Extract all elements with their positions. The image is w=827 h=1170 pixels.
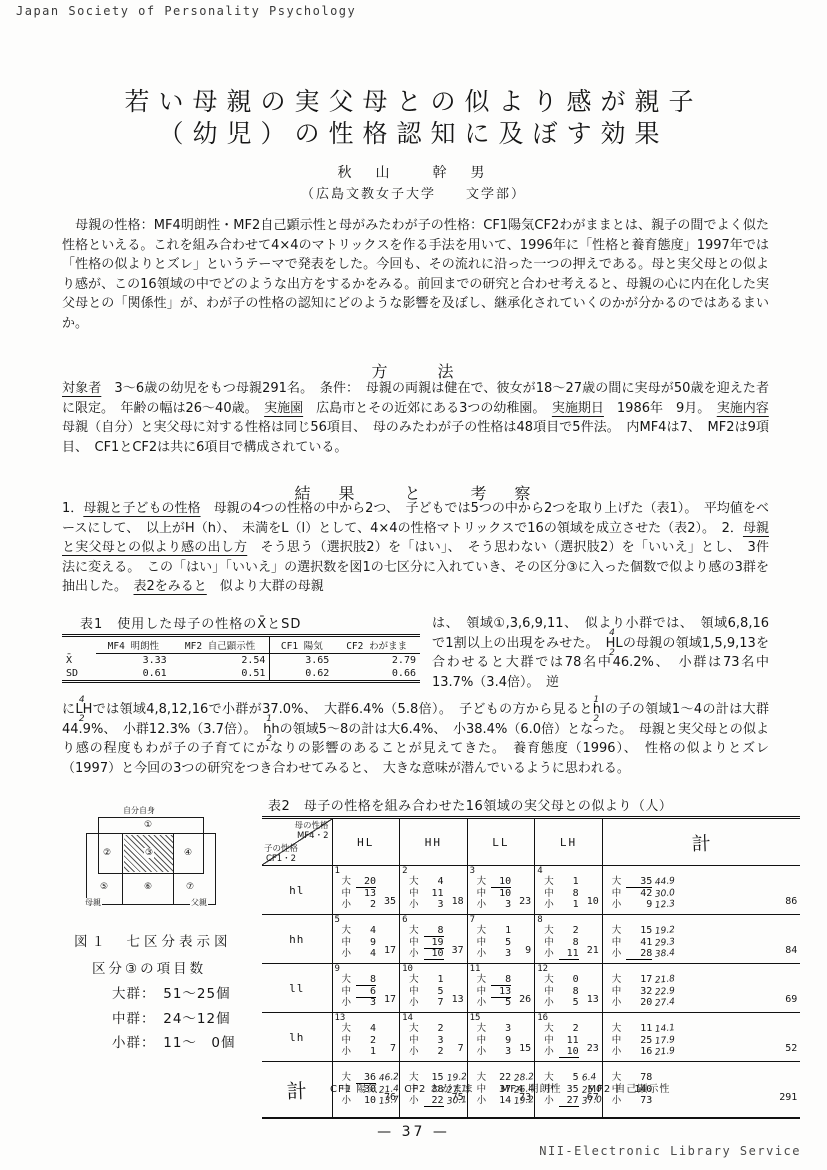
cell-total: 37 <box>452 945 464 956</box>
figure1-legend-row: 小群： 11～ 0個 <box>112 1031 236 1051</box>
table2-cell: 14大2中3小27 <box>400 1013 468 1062</box>
count-line: 中4230.0 <box>612 885 801 897</box>
figure1-label-mother: 母親 <box>84 898 102 907</box>
table2-col-header-LL: LL <box>467 818 535 866</box>
group-size-label: 小 <box>409 1095 419 1106</box>
region-number: 8 <box>537 915 542 925</box>
table2-cell: 4大1中8小110 <box>535 866 603 915</box>
region-number: 14 <box>402 1013 413 1023</box>
group-size-label: 小 <box>612 948 622 959</box>
table2-cell: 15大3中9小315 <box>467 1013 535 1062</box>
count-line: 中13 <box>477 983 535 995</box>
count-value: 1 <box>356 1046 376 1057</box>
table2-corner-cell: 母の性格MF4・2 子の性格CF1・2 <box>262 818 332 866</box>
text-run: 1986年 9月。 <box>604 401 717 416</box>
author-name: 秋 山 幹 男 <box>0 162 827 182</box>
table2-cell: 8大2中8小1121 <box>535 915 603 964</box>
count-line: 中8 <box>544 934 602 946</box>
underlined-phrase: 実施園 <box>264 401 303 416</box>
cell-total: 17 <box>384 945 396 956</box>
count-value: 73 <box>626 1095 652 1106</box>
table1-value: 0.51 <box>171 667 270 682</box>
figure1-legend-row: 中群： 24～12個 <box>112 1007 236 1027</box>
table1-value: 0.62 <box>270 667 333 682</box>
scan-header-text: Japan Society of Personality Psychology <box>16 4 356 18</box>
table1-value: 0.61 <box>96 667 171 682</box>
count-line: 大1 <box>544 873 602 885</box>
table2-cell: 大3544.9中4230.0小912.386 <box>602 866 800 915</box>
cell-total: 7 <box>390 1043 396 1054</box>
group-size-label: 小 <box>342 997 352 1008</box>
cell-total: 18 <box>452 896 464 907</box>
cell-total: 21 <box>587 945 599 956</box>
figure1: 自分自身 母親 父親 ① ② ③ ④ ⑤ ⑥ ⑦ 図１ 七区分表示図 区分③の項… <box>62 810 262 910</box>
table1: MF4 明朗性MF2 自己顕示性CF1 陽気CF2 わがまま X̄3.332.5… <box>62 634 420 683</box>
table2-row-label: lh <box>262 1013 332 1062</box>
count-line: 大3544.9 <box>612 873 801 885</box>
table2-cell: 5大4中9小417 <box>332 915 400 964</box>
region-number: 7 <box>470 915 475 925</box>
cell-total: 13 <box>587 994 599 1005</box>
count-line: 中11 <box>544 1032 602 1044</box>
handwritten-percent: 12.3 <box>655 899 676 912</box>
handwritten-percent: 19.2 <box>655 925 676 938</box>
count-line: 中2517.9 <box>612 1032 801 1044</box>
table2-row-label: ll <box>262 964 332 1013</box>
handwritten-percent: 21.8 <box>655 974 676 987</box>
count-value: 22 <box>424 1095 444 1107</box>
table1-caption: 表1 使用した母子の性格のX̄とSD <box>80 613 301 632</box>
count-value: 28 <box>626 948 652 960</box>
count-line: 小2027.4 <box>612 994 801 1006</box>
region-number: 13 <box>335 1013 346 1023</box>
group-size-label: 小 <box>409 1046 419 1057</box>
notation-with-overmark: HL <box>606 634 623 654</box>
count-line: 小912.3 <box>612 896 801 908</box>
table2-cell: 12大0中8小513 <box>535 964 603 1013</box>
count-line: 中4129.3 <box>612 934 801 946</box>
table1-value: 0.66 <box>333 667 420 682</box>
count-value: 16 <box>626 1046 652 1057</box>
group-size-label: 小 <box>409 997 419 1008</box>
table2-col-header-HL: HL <box>332 818 400 866</box>
count-line: 大3 <box>477 1020 535 1032</box>
table1-header-row: MF4 明朗性MF2 自己顕示性CF1 陽気CF2 わがまま <box>62 636 420 654</box>
figure1-venn-diagram: 自分自身 母親 父親 ① ② ③ ④ ⑤ ⑥ ⑦ <box>86 810 218 910</box>
count-value: 3 <box>356 997 376 1008</box>
figure1-region-7: ⑦ <box>186 882 194 892</box>
count-value: 9 <box>626 899 652 910</box>
table1-col-header: CF2 わがまま <box>333 636 420 654</box>
count-line: 中2 <box>342 1032 400 1044</box>
group-size-label: 小 <box>612 997 622 1008</box>
count-line: 大4 <box>409 873 467 885</box>
abstract-paragraph: 母親の性格：MF4明朗性・MF2自己顕示性と母がみたわが子の性格：CF1陽気CF… <box>62 216 769 334</box>
underlined-phrase: 表2をみると <box>134 579 207 594</box>
count-line: 大1114.1 <box>612 1020 801 1032</box>
results-paragraph-2: は、 領域①,3,6,9,11、 似より小群では、 領域6,8,16で1割以上の… <box>432 614 769 692</box>
region-number: 1 <box>335 866 340 876</box>
notation-with-overmark: LH <box>75 700 92 720</box>
group-size-label: 小 <box>477 1095 487 1106</box>
table1-row-label: X̄ <box>62 654 96 668</box>
table2-row: hl1大20中13小2352大4中11小3183大10中10小3234大1中8小… <box>262 866 800 915</box>
table2-cell: 9大8中6小317 <box>332 964 400 1013</box>
table2-row: lh13大4中2小1714大2中3小2715大3中9小31516大2中11小10… <box>262 1013 800 1062</box>
cell-total: 7 <box>458 1043 464 1054</box>
page-number: — 37 — <box>0 1124 827 1140</box>
count-line: 中10 <box>477 885 535 897</box>
figure1-region-2: ② <box>103 848 111 858</box>
group-size-label: 小 <box>612 899 622 910</box>
group-size-label: 小 <box>477 1046 487 1057</box>
count-line: 大78 <box>612 1069 801 1081</box>
table1-value: 3.65 <box>270 654 333 668</box>
count-line: 大8 <box>342 971 400 983</box>
table2-corner-child: 子の性格CF1・2 <box>264 844 298 864</box>
count-line: 中8 <box>544 983 602 995</box>
method-paragraph: 対象者 3～6歳の幼児をもつ母親291名。 条件： 母親の両親は健在で、彼女が1… <box>62 379 769 457</box>
figure1-label-self: 自分自身 <box>122 806 156 815</box>
table2-col-header-total: 計 <box>601 814 801 869</box>
count-line: 中6 <box>342 983 400 995</box>
cell-total: 9 <box>525 945 531 956</box>
region-number: 16 <box>537 1013 548 1023</box>
group-size-label: 小 <box>544 1095 554 1106</box>
text-run: 似より大群の母親 <box>207 579 324 594</box>
figure1-legend-row: 大群： 51～25個 <box>112 982 236 1002</box>
region-number: 4 <box>537 866 542 876</box>
table1-row: X̄3.332.543.652.79 <box>62 654 420 668</box>
count-value: 10 <box>356 1095 376 1106</box>
count-line: 大10 <box>477 873 535 885</box>
table2-cell: 2大4中11小318 <box>400 866 468 915</box>
count-line: 中9 <box>477 1032 535 1044</box>
count-line: 大1721.8 <box>612 971 801 983</box>
table1-row-label: SD <box>62 667 96 682</box>
region-number: 15 <box>470 1013 481 1023</box>
group-size-label: 小 <box>477 899 487 910</box>
table1-col-header: MF4 明朗性 <box>96 636 171 654</box>
text-run: 広島市とその近郊にある3つの幼稚園。 <box>303 401 552 416</box>
handwritten-percent: 14.1 <box>655 1023 676 1036</box>
table2-cell: 6大8中19小1037 <box>400 915 468 964</box>
text-run: 1． <box>62 501 83 516</box>
count-line: 中19 <box>409 934 467 946</box>
group-size-label: 小 <box>544 1046 554 1057</box>
figure1-subcaption: 区分③の項目数 <box>92 957 206 977</box>
table2: 母の性格MF4・2 子の性格CF1・2 HL HH LL LH 計 hl1大20… <box>262 816 800 1119</box>
count-value: 3 <box>491 899 511 910</box>
count-line: 大56.4 <box>544 1069 602 1081</box>
table2-cell: 大1721.8中3222.9小2027.469 <box>602 964 800 1013</box>
count-line: 中8 <box>544 885 602 897</box>
count-line: 大0 <box>544 971 602 983</box>
cell-total: 23 <box>519 896 531 907</box>
count-line: 中9 <box>342 934 400 946</box>
table2-col-header-HH: HH <box>400 818 468 866</box>
cell-total: 26 <box>519 994 531 1005</box>
results-paragraph-3: にLHでは領域4,8,12,16で小群が37.0%、 大群6.4%（5.8倍）。… <box>62 700 769 778</box>
count-value: 2 <box>356 899 376 910</box>
cell-total: 23 <box>587 1043 599 1054</box>
count-line: 大2 <box>409 1020 467 1032</box>
handwritten-percent: 27.4 <box>655 997 676 1010</box>
count-line: 中13 <box>342 885 400 897</box>
count-line: 大8 <box>409 922 467 934</box>
group-size-label: 小 <box>409 899 419 910</box>
figure1-region-4: ④ <box>184 848 192 858</box>
group-size-label: 小 <box>477 997 487 1008</box>
figure1-region-6: ⑥ <box>144 882 152 892</box>
table2-caption: 表2 母子の性格を組み合わせた16領域の実父母との似より（人） <box>268 795 672 814</box>
cell-total: 17 <box>384 994 396 1005</box>
count-line: 中3 <box>409 1032 467 1044</box>
cell-total: 52 <box>785 1043 797 1054</box>
count-line: 大1 <box>477 922 535 934</box>
region-number: 9 <box>335 964 340 974</box>
table1-row: SD0.610.510.620.66 <box>62 667 420 682</box>
notation-with-overmark: hl <box>593 700 605 720</box>
cell-total: 35 <box>384 896 396 907</box>
cell-total: 84 <box>785 945 797 956</box>
count-line: 大3646.2 <box>342 1069 400 1081</box>
count-line: 大4 <box>342 922 400 934</box>
count-value: 5 <box>491 997 511 1008</box>
count-line: 中3222.9 <box>612 983 801 995</box>
figure1-label-father: 父親 <box>190 898 208 907</box>
count-value: 10 <box>559 1046 579 1058</box>
table2-cell: 大1114.1中2517.9小1621.952 <box>602 1013 800 1062</box>
table1-corner <box>62 636 96 654</box>
group-size-label: 小 <box>477 948 487 959</box>
cell-total: 13 <box>452 994 464 1005</box>
scale-abbreviation: MF2 自己顕示性 <box>587 1084 670 1095</box>
table1-value: 2.79 <box>333 654 420 668</box>
underlined-phrase: 実施内容 <box>717 401 769 416</box>
table2-footnote: CF1 陽気CF2 わがままMF4 明朗性MF2 自己顕示性 <box>330 1080 696 1095</box>
count-line: 大4 <box>342 1020 400 1032</box>
figure1-region-5: ⑤ <box>100 882 108 892</box>
count-line: 中11 <box>409 885 467 897</box>
group-size-label: 小 <box>612 1046 622 1057</box>
paper-title-line1: 若い母親の実父母との似より感が親子 <box>60 86 767 118</box>
count-value: 3 <box>424 899 444 910</box>
region-number: 11 <box>470 964 481 974</box>
group-size-label: 小 <box>544 997 554 1008</box>
cell-total: 291 <box>779 1092 797 1103</box>
text-run: では領域4,8,12,16で小群が37.0%、 大群6.4%（5.8倍）。 子ど… <box>92 702 592 717</box>
scanned-paper-page: Japan Society of Personality Psychology … <box>0 0 827 1170</box>
table1-value: 2.54 <box>171 654 270 668</box>
table2-row: ll9大8中6小31710大1中5小71311大8中13小52612大0中8小5… <box>262 964 800 1013</box>
table2-cell: 10大1中5小713 <box>400 964 468 1013</box>
text-run: に <box>62 702 75 717</box>
notation-with-overmark: hh <box>263 720 279 740</box>
count-line: 大1519.2 <box>612 922 801 934</box>
group-size-label: 小 <box>342 948 352 959</box>
handwritten-percent: 44.9 <box>655 876 676 889</box>
group-size-label: 小 <box>342 899 352 910</box>
scale-abbreviation: MF4 明朗性 <box>501 1084 562 1095</box>
table2-row-label: hh <box>262 915 332 964</box>
results-paragraph-1: 1．母親と子どもの性格 母親の4つの性格の中から2つ、 子どもでは5つの中から2… <box>62 499 769 597</box>
region-number: 2 <box>402 866 407 876</box>
count-line: 中5 <box>477 934 535 946</box>
figure1-region-1: ① <box>144 820 152 830</box>
table1-col-header: CF1 陽気 <box>270 636 333 654</box>
count-line: 小1621.9 <box>612 1043 801 1055</box>
group-size-label: 小 <box>409 948 419 959</box>
author-affiliation: （広島文教女子大学 文学部） <box>0 183 827 202</box>
count-line: 小2838.4 <box>612 945 801 957</box>
table2-total-row-label: 計 <box>261 1060 333 1118</box>
scale-abbreviation: CF2 わがまま <box>404 1084 474 1095</box>
figure1-caption: 図１ 七区分表示図 <box>74 930 232 950</box>
group-size-label: 小 <box>342 1095 352 1106</box>
scan-footer-text: NII-Electronic Library Service <box>539 1144 801 1158</box>
table2-cell: 16大2中11小1023 <box>535 1013 603 1062</box>
count-value: 3 <box>491 1046 511 1057</box>
table2-cell: 13大4中2小17 <box>332 1013 400 1062</box>
region-number: 5 <box>335 915 340 925</box>
handwritten-percent: 38.4 <box>655 948 676 961</box>
table2-corner-mother: 母の性格MF4・2 <box>294 821 328 841</box>
table2-row-label: hl <box>262 866 332 915</box>
figure1-region-3: ③ <box>144 848 154 858</box>
table2-cell: 1大20中13小235 <box>332 866 400 915</box>
table2-col-header-LH: LH <box>535 818 603 866</box>
table2-header-row: 母の性格MF4・2 子の性格CF1・2 HL HH LL LH 計 <box>262 818 800 866</box>
scale-abbreviation: CF1 陽気 <box>330 1084 378 1095</box>
cell-total: 10 <box>587 896 599 907</box>
table2-cell: 11大8中13小526 <box>467 964 535 1013</box>
group-size-label: 小 <box>544 899 554 910</box>
table2-cell: 大1519.2中4129.3小2838.484 <box>602 915 800 964</box>
cell-total: 86 <box>785 896 797 907</box>
count-line: 大1 <box>409 971 467 983</box>
group-size-label: 小 <box>612 1095 622 1106</box>
table1-col-header: MF2 自己顕示性 <box>171 636 270 654</box>
table2-cell: 3大10中10小323 <box>467 866 535 915</box>
paper-title: 若い母親の実父母との似より感が親子 （幼児）の性格認知に及ぼす効果 <box>60 86 767 150</box>
count-value: 11 <box>559 948 579 960</box>
count-line: 中5 <box>409 983 467 995</box>
count-line: 大2 <box>544 922 602 934</box>
handwritten-percent: 21.9 <box>655 1046 676 1059</box>
count-line: 大1519.2 <box>409 1069 467 1081</box>
count-value: 2 <box>424 1046 444 1057</box>
underlined-phrase: 実施期日 <box>552 401 604 416</box>
underlined-phrase: 母親と子どもの性格 <box>83 501 200 516</box>
cell-total: 69 <box>785 994 797 1005</box>
table1-value: 3.33 <box>96 654 171 668</box>
count-line: 大2 <box>544 1020 602 1032</box>
region-number: 10 <box>402 964 413 974</box>
count-value: 1 <box>559 899 579 910</box>
cell-total: 15 <box>519 1043 531 1054</box>
count-value: 14 <box>491 1095 511 1106</box>
figure1-group-legend: 大群： 51～25個中群： 24～12個小群： 11～ 0個 <box>112 982 236 1056</box>
group-size-label: 小 <box>544 948 554 959</box>
paper-title-line2: （幼児）の性格認知に及ぼす効果 <box>60 118 767 150</box>
count-line: 大8 <box>477 971 535 983</box>
table2-row: hh5大4中9小4176大8中19小10377大1中5小398大2中8小1121… <box>262 915 800 964</box>
count-value: 7 <box>424 997 444 1008</box>
count-value: 27 <box>559 1095 579 1107</box>
count-value: 10 <box>424 948 444 960</box>
count-line: 大2228.2 <box>477 1069 535 1081</box>
count-line: 大20 <box>342 873 400 885</box>
group-size-label: 小 <box>342 1046 352 1057</box>
region-number: 12 <box>537 964 548 974</box>
region-number: 3 <box>470 866 475 876</box>
count-value: 5 <box>559 997 579 1008</box>
table2-cell: 7大1中5小39 <box>467 915 535 964</box>
underlined-phrase: 対象者 <box>62 381 101 396</box>
count-value: 20 <box>626 997 652 1008</box>
count-value: 3 <box>491 948 511 959</box>
count-value: 4 <box>356 948 376 959</box>
region-number: 6 <box>402 915 407 925</box>
